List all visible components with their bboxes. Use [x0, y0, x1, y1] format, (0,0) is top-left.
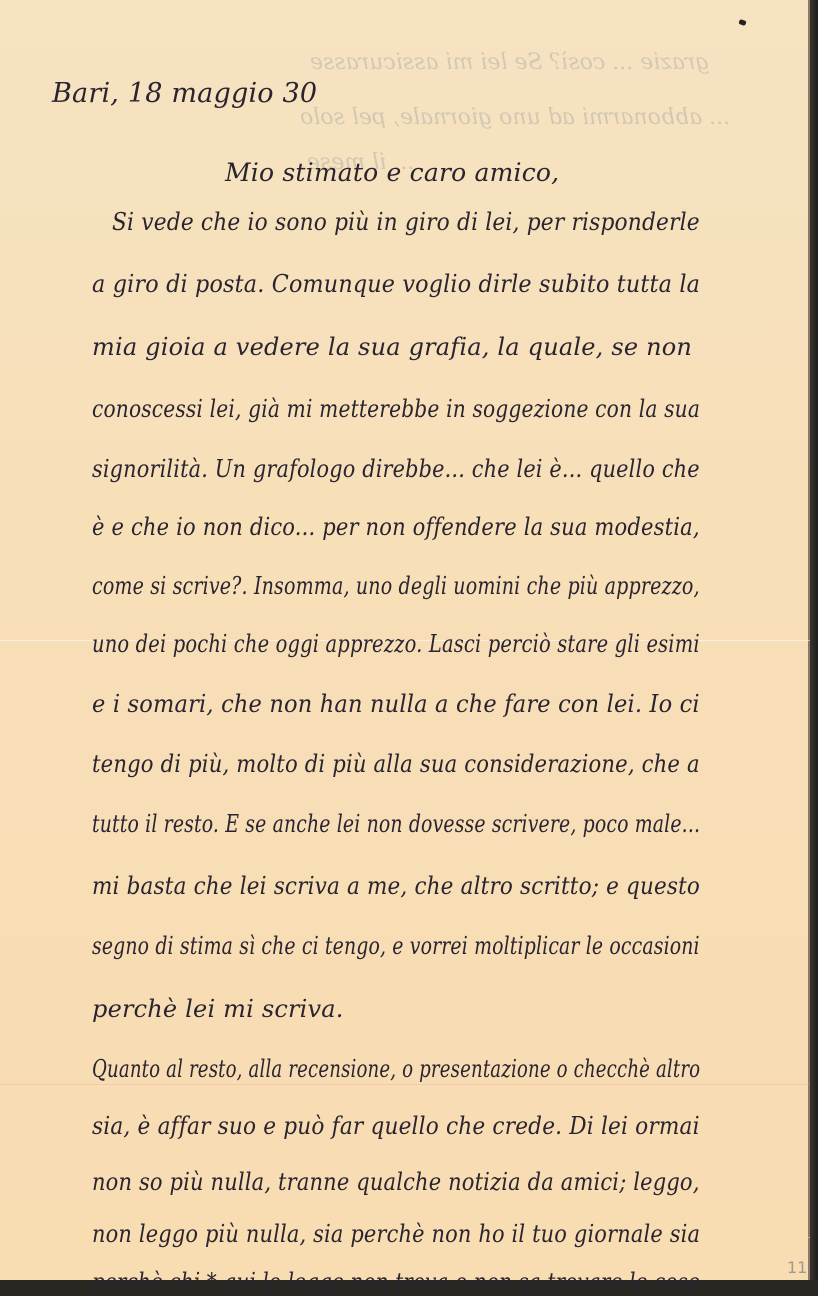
letter-line: mia gioia a vedere la sua grafia, la qua… [92, 333, 692, 361]
letter-page: grazie ... così? Se lei mi assicurasse .… [0, 0, 810, 1280]
letter-salutation: Mio stimato e caro amico, [225, 158, 559, 187]
page-number: 11 [787, 1258, 807, 1277]
fold-line [0, 1084, 810, 1085]
letter-line: perchè lei mi scriva. [92, 995, 344, 1023]
letter-line: a giro di posta. Comunque voglio dirle s… [92, 270, 700, 298]
letter-line: Si vede che io sono più in giro di lei, … [112, 208, 700, 236]
letter-line: conoscessi lei, già mi metterebbe in sog… [92, 395, 700, 423]
letter-line: tengo di più, molto di più alla sua cons… [92, 750, 700, 778]
letter-line: non so più nulla, tranne qualche notizia… [92, 1168, 700, 1196]
letter-line: mi basta che lei scriva a me, che altro … [92, 872, 700, 900]
letter-line: non leggo più nulla, sia perchè non ho i… [92, 1220, 700, 1248]
bleed-through-text: grazie ... così? Se lei mi assicurasse [310, 50, 710, 75]
letter-line: come si scrive?. Insomma, uno degli uomi… [92, 572, 700, 600]
letter-line: e i somari, che non han nulla a che fare… [92, 690, 700, 718]
letter-line: perchè chi * qui lo legge non trova o no… [92, 1268, 700, 1280]
letter-line: è e che io non dico... per non offendere… [92, 513, 700, 541]
letter-line: tutto il resto. E se anche lei non doves… [92, 810, 700, 838]
letter-line: uno dei pochi che oggi apprezzo. Lasci p… [92, 630, 700, 658]
page-edge [810, 0, 818, 1280]
bleed-through-text: ... abbonarmi ad uno giornale, pel solo [300, 105, 730, 130]
letter-line: signorilità. Un grafologo direbbe... che… [92, 455, 700, 483]
letter-line: segno di stima sì che ci tengo, e vorrei… [92, 932, 700, 960]
letter-line: Quanto al resto, alla recensione, o pres… [92, 1055, 700, 1083]
letter-date: Bari, 18 maggio 30 [52, 78, 317, 109]
letter-line: sia, è affar suo e può far quello che cr… [92, 1112, 700, 1140]
ink-mark [738, 19, 746, 26]
